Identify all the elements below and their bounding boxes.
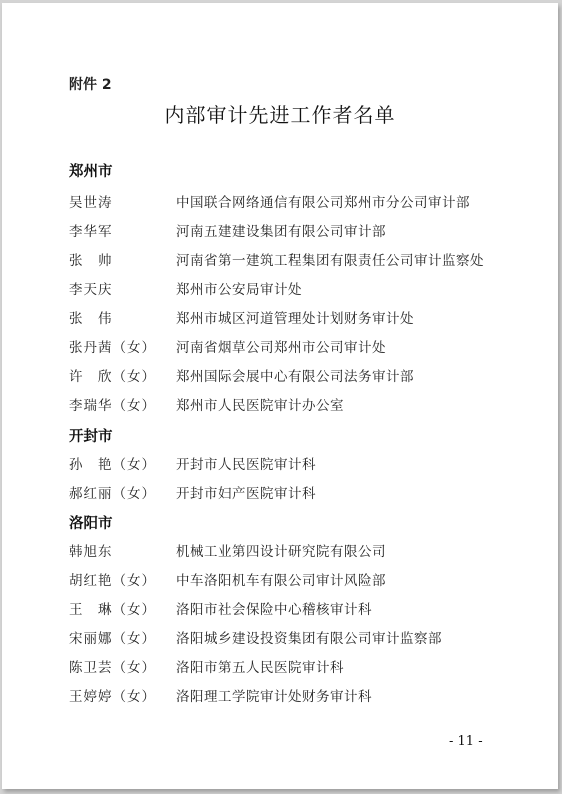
organization: 郑州市人民医院审计办公室 [176,394,344,414]
person-name: 张 伟 [69,307,177,327]
person-name: 张丹茜（女） [69,336,177,356]
person-name: 郝红丽（女） [69,482,177,502]
person-name: 张 帅 [69,249,177,269]
organization: 郑州市城区河道管理处计划财务审计处 [176,307,414,327]
city-heading-kaifeng: 开封市 [69,425,113,446]
person-name: 韩旭东 [69,540,177,560]
person-name: 胡红艳（女） [69,569,177,589]
person-name: 宋丽娜（女） [69,627,177,647]
organization: 郑州国际会展中心有限公司法务审计部 [176,365,414,385]
person-name: 孙 艳（女） [69,453,177,473]
person-name: 王 琳（女） [69,598,177,618]
organization: 开封市妇产医院审计科 [176,482,316,502]
city-heading-luoyang: 洛阳市 [69,512,113,533]
organization: 洛阳市第五人民医院审计科 [176,656,344,676]
organization: 洛阳理工学院审计处财务审计科 [176,685,372,705]
organization: 河南五建建设集团有限公司审计部 [176,220,386,240]
organization: 机械工业第四设计研究院有限公司 [176,540,386,560]
organization: 中车洛阳机车有限公司审计风险部 [176,569,386,589]
page-number: - 11 - [449,734,483,749]
person-name: 陈卫芸（女） [69,656,177,676]
organization: 中国联合网络通信有限公司郑州市分公司审计部 [176,191,470,211]
city-heading-zhengzhou: 郑州市 [69,160,113,181]
attachment-label: 附件 2 [69,74,112,94]
person-name: 许 欣（女） [69,365,177,385]
organization: 河南省第一建筑工程集团有限责任公司审计监察处 [176,249,484,269]
person-name: 王婷婷（女） [69,685,177,705]
page-title: 内部审计先进工作者名单 [0,99,560,128]
person-name: 李瑞华（女） [69,394,177,414]
organization: 洛阳城乡建设投资集团有限公司审计监察部 [176,627,442,647]
person-name: 李华军 [69,220,177,240]
organization: 洛阳市社会保险中心稽核审计科 [176,598,372,618]
organization: 郑州市公安局审计处 [176,278,302,298]
organization: 河南省烟草公司郑州市公司审计处 [176,336,386,356]
person-name: 吴世涛 [69,191,177,211]
organization: 开封市人民医院审计科 [176,453,316,473]
person-name: 李天庆 [69,278,177,298]
